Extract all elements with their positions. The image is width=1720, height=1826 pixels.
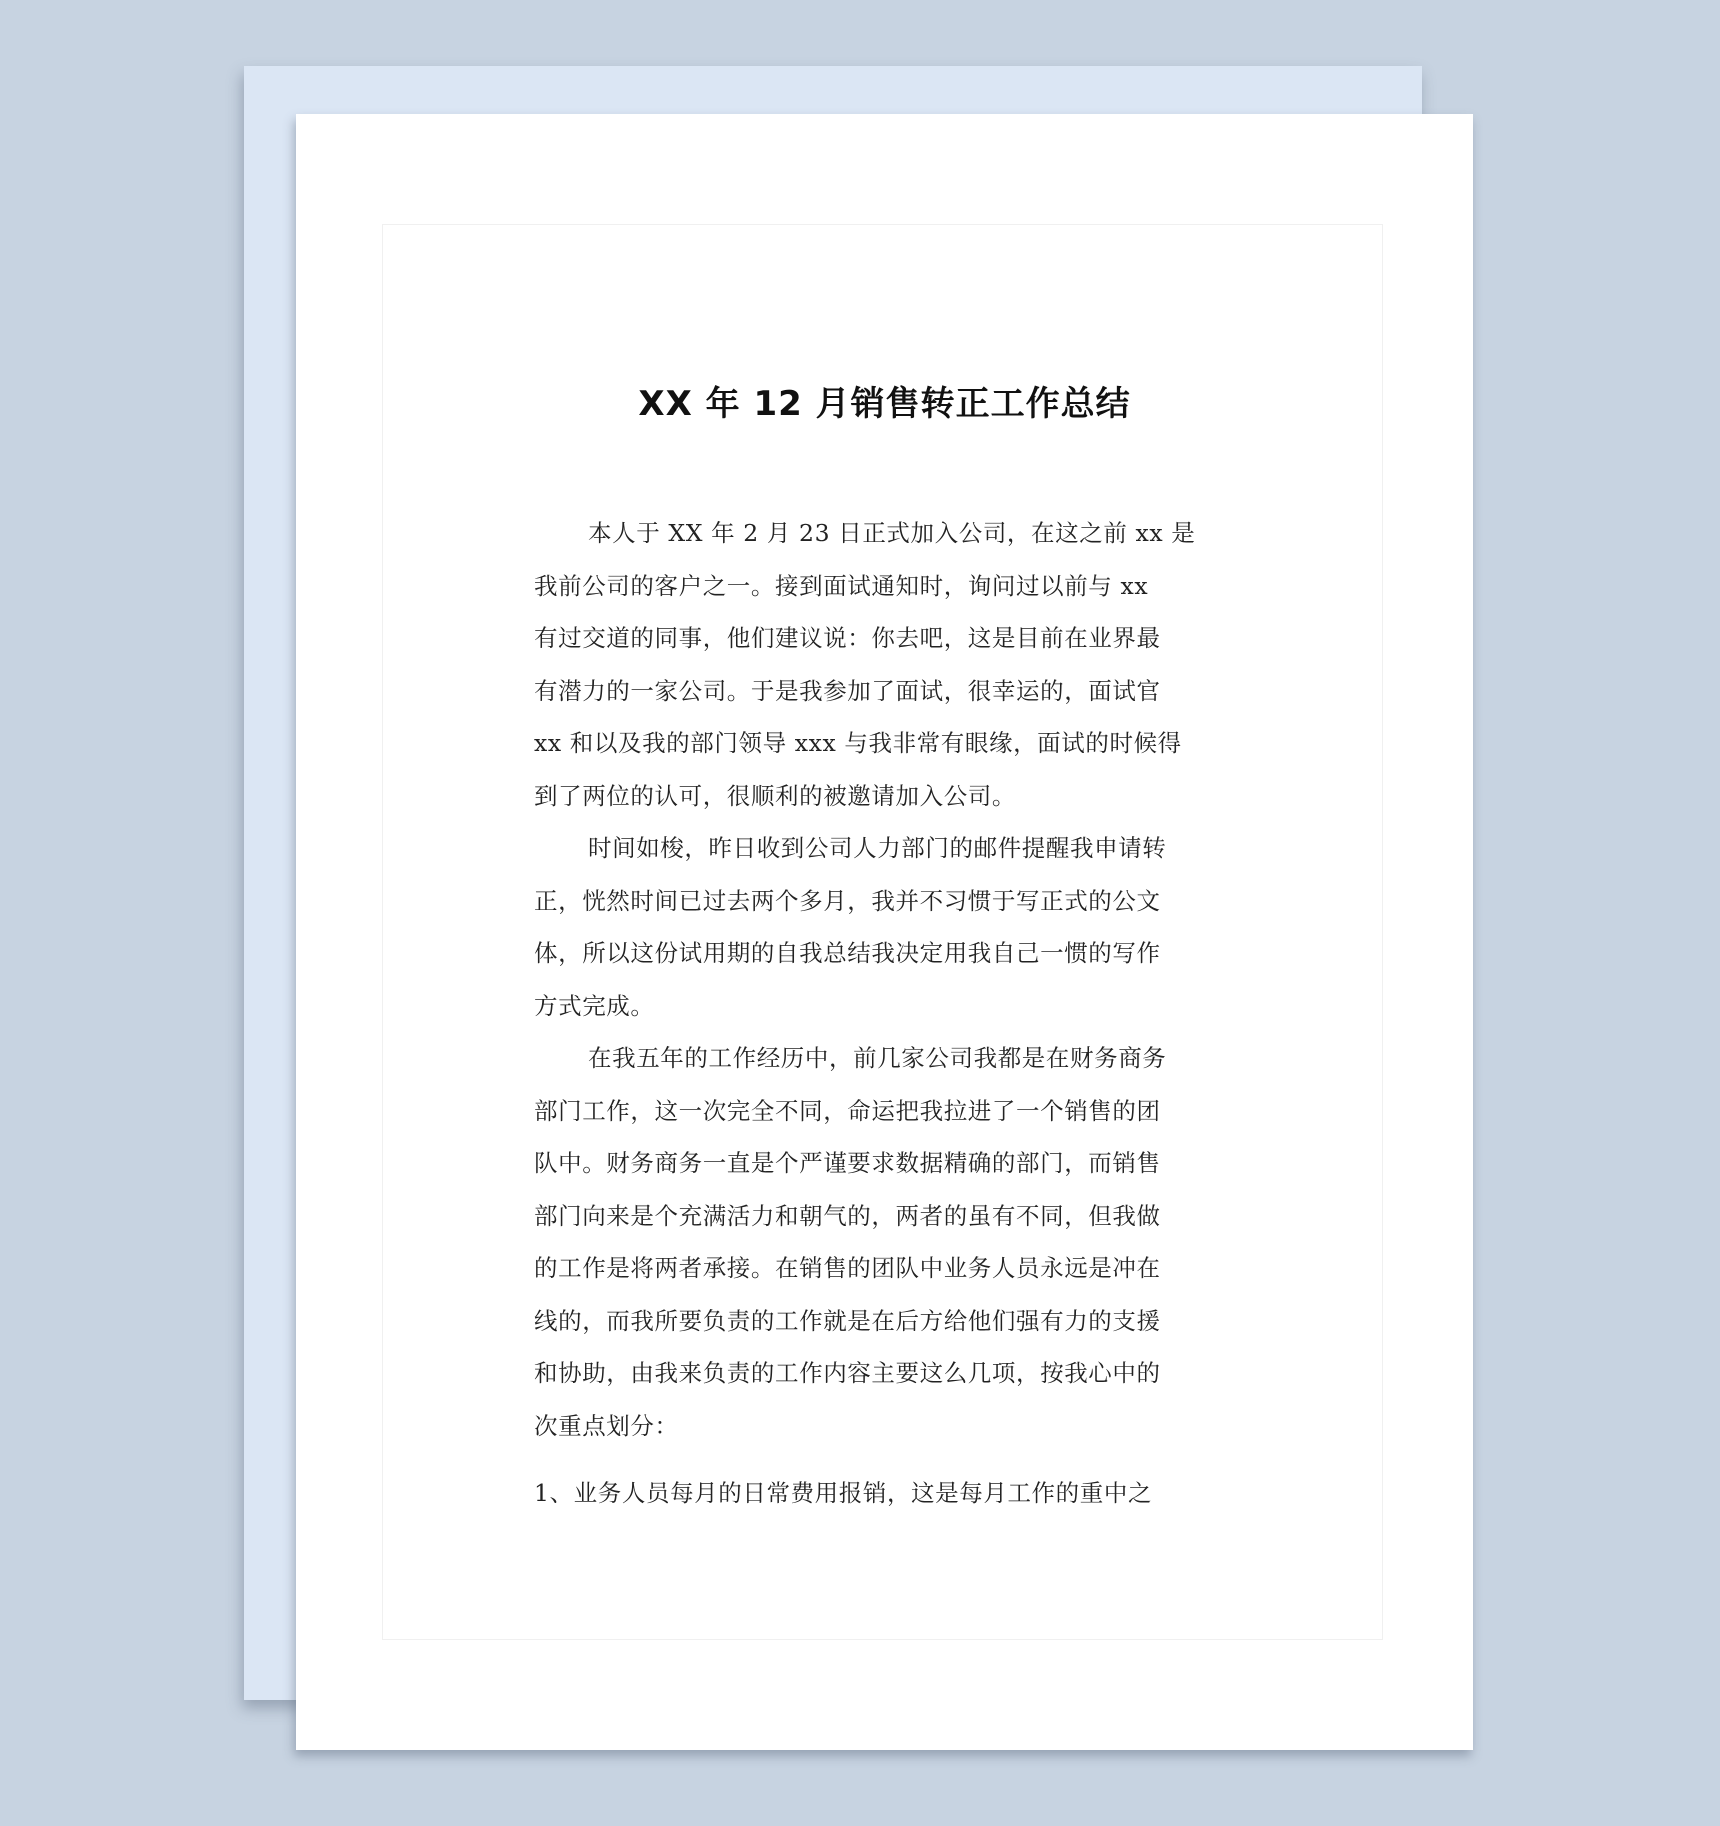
text-line: 正，恍然时间已过去两个多月，我并不习惯于写正式的公文	[534, 875, 1234, 928]
text-line: 有过交道的同事，他们建议说：你去吧，这是目前在业界最	[534, 612, 1234, 665]
document-page: XX 年 12 月销售转正工作总结 本人于 XX 年 2 月 23 日正式加入公…	[296, 114, 1473, 1750]
text-line: 部门向来是个充满活力和朝气的，两者的虽有不同，但我做	[534, 1190, 1234, 1243]
text-line: 部门工作，这一次完全不同，命运把我拉进了一个销售的团	[534, 1085, 1234, 1138]
text-line: 线的，而我所要负责的工作就是在后方给他们强有力的支援	[534, 1295, 1234, 1348]
text-line: 时间如梭，昨日收到公司人力部门的邮件提醒我申请转	[534, 822, 1234, 875]
text-line: 有潜力的一家公司。于是我参加了面试，很幸运的，面试官	[534, 665, 1234, 718]
list-item: 1、业务人员每月的日常费用报销，这是每月工作的重中之	[534, 1467, 1234, 1520]
text-line: 体，所以这份试用期的自我总结我决定用我自己一惯的写作	[534, 927, 1234, 980]
text-line: 我前公司的客户之一。接到面试通知时，询问过以前与 xx	[534, 560, 1234, 613]
text-line: 方式完成。	[534, 980, 1234, 1033]
text-line: 在我五年的工作经历中，前几家公司我都是在财务商务	[534, 1032, 1234, 1085]
text-line: 次重点划分：	[534, 1400, 1234, 1453]
text-line: xx 和以及我的部门领导 xxx 与我非常有眼缘，面试的时候得	[534, 717, 1234, 770]
document-title: XX 年 12 月销售转正工作总结	[296, 376, 1473, 425]
text-line: 到了两位的认可，很顺利的被邀请加入公司。	[534, 770, 1234, 823]
text-line: 的工作是将两者承接。在销售的团队中业务人员永远是冲在	[534, 1242, 1234, 1295]
text-line: 本人于 XX 年 2 月 23 日正式加入公司，在这之前 xx 是	[534, 507, 1234, 560]
document-body: 本人于 XX 年 2 月 23 日正式加入公司，在这之前 xx 是我前公司的客户…	[534, 507, 1234, 1520]
text-line: 队中。财务商务一直是个严谨要求数据精确的部门，而销售	[534, 1137, 1234, 1190]
text-line: 和协助，由我来负责的工作内容主要这么几项，按我心中的	[534, 1347, 1234, 1400]
